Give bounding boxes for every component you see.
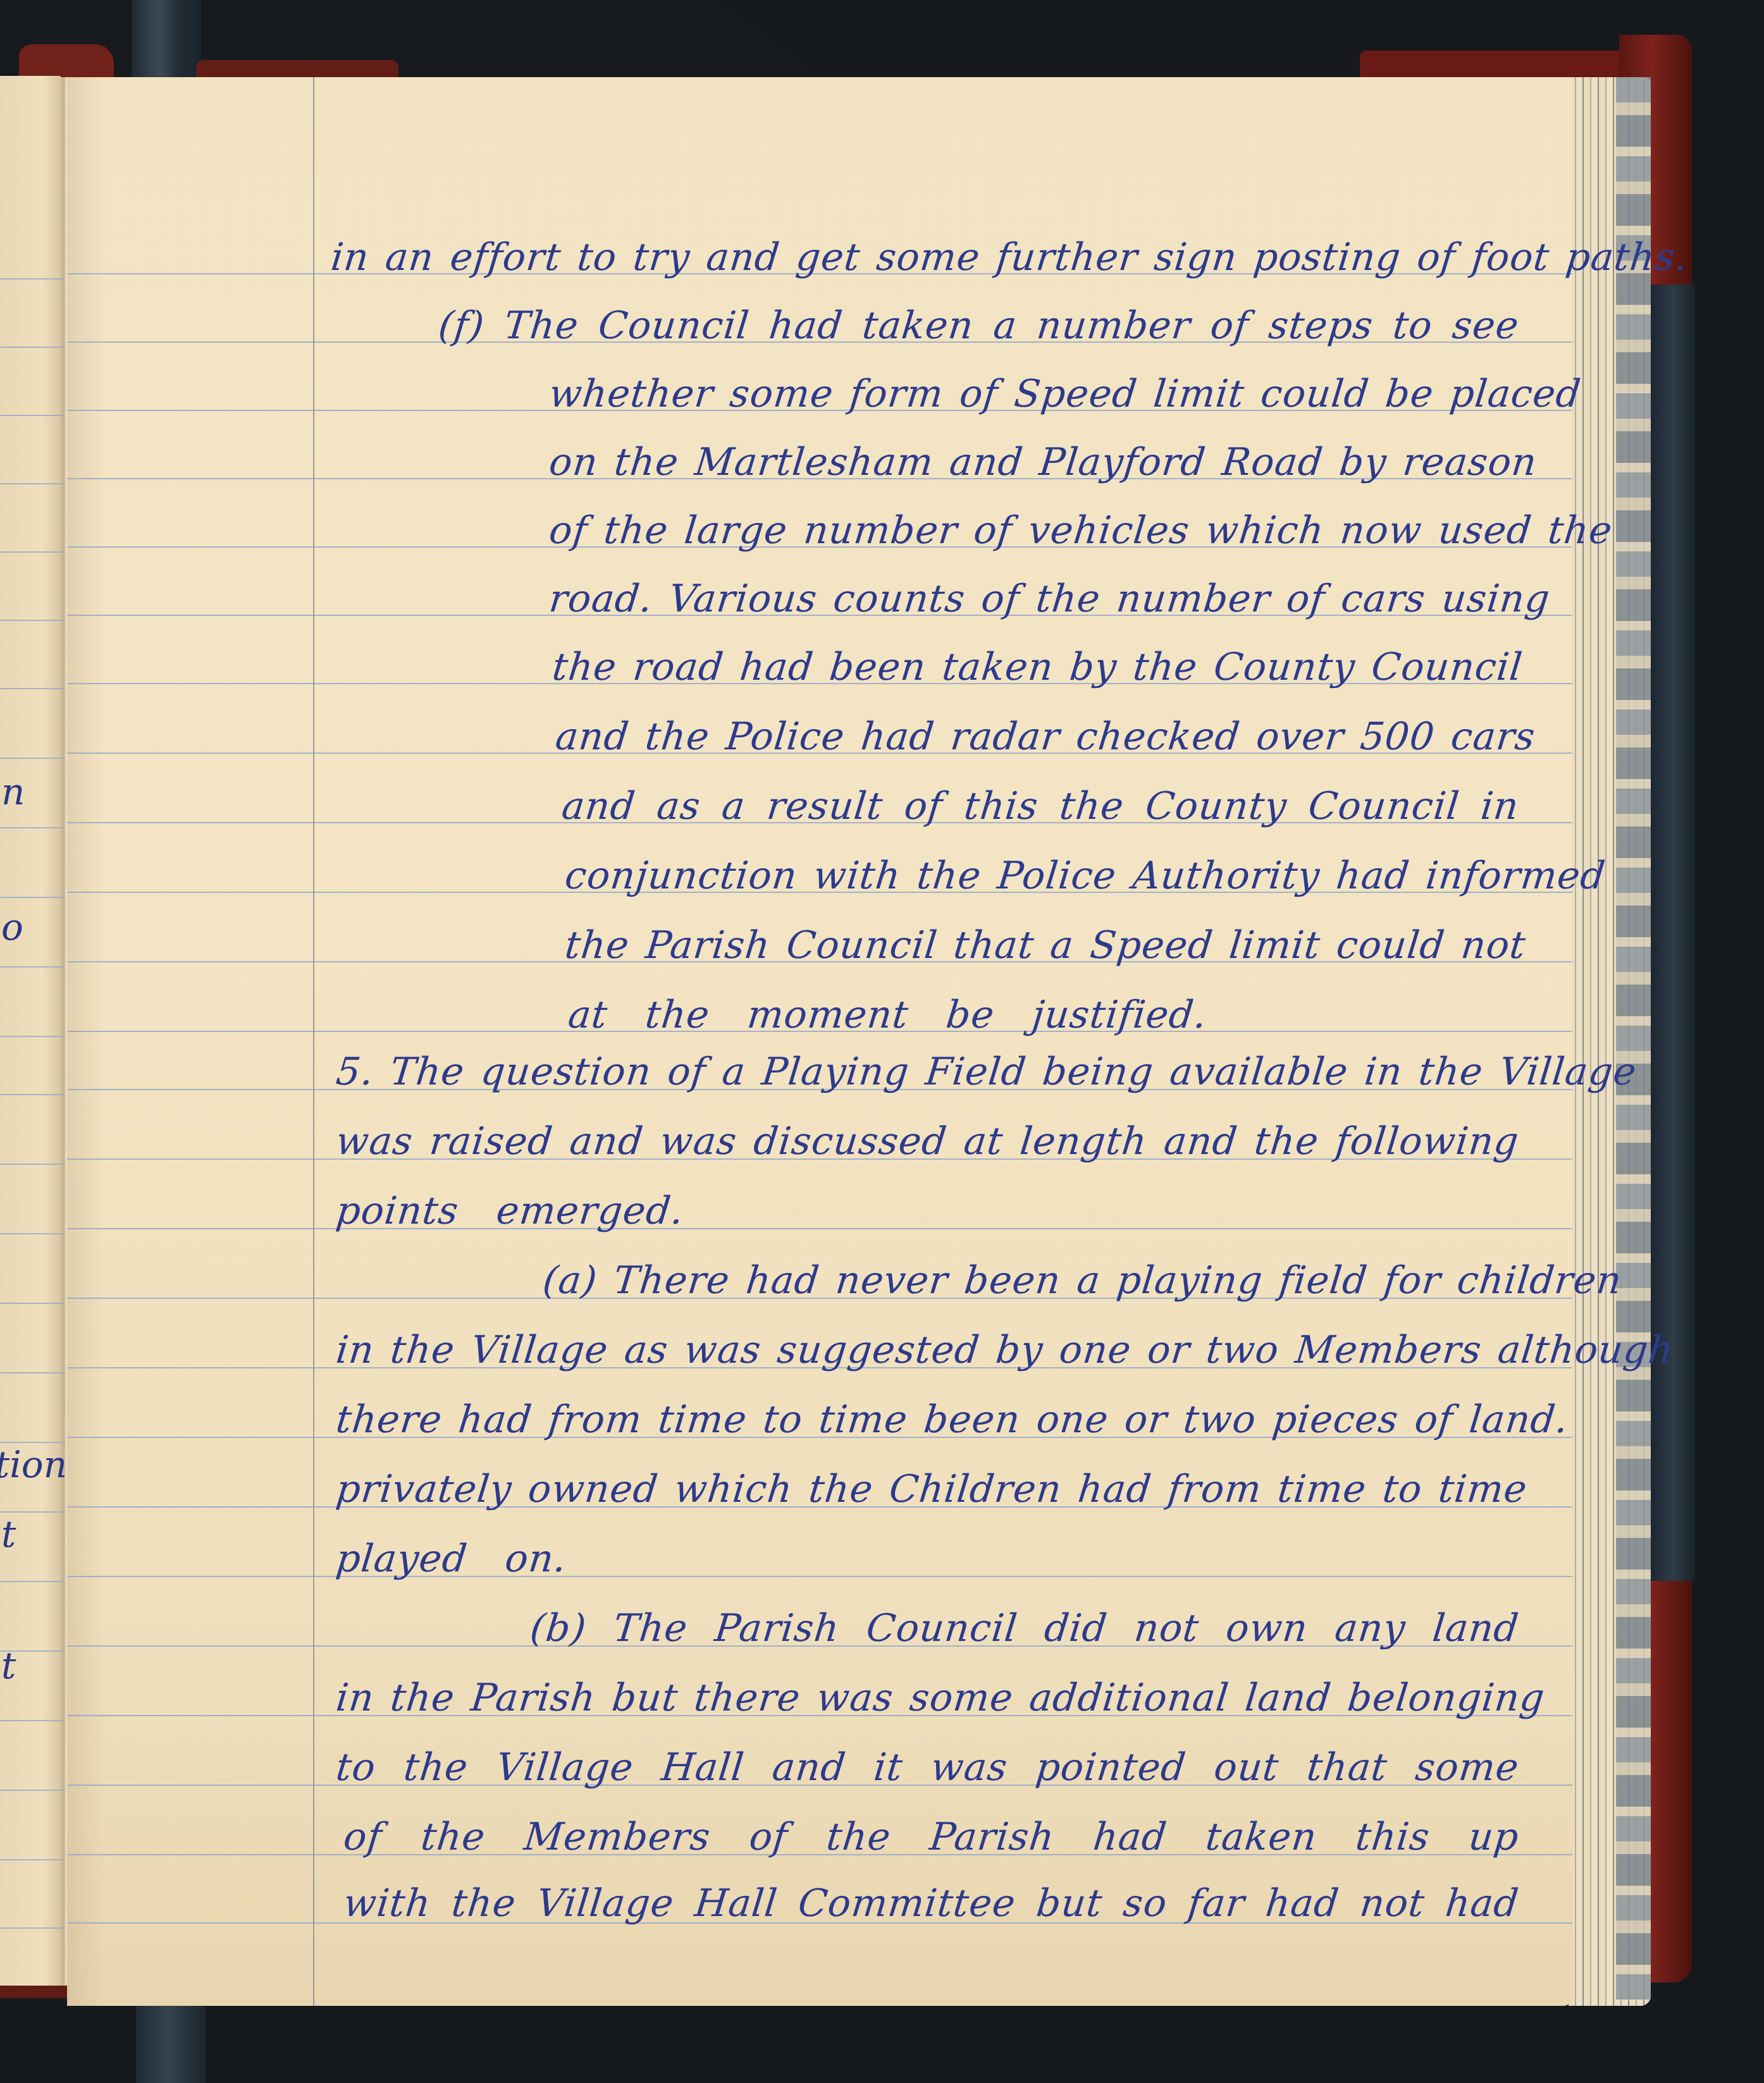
gutter-fold [63, 77, 67, 1984]
left-ruled-line [0, 1036, 63, 1037]
handwritten-line: (f) The Council had taken a number of st… [436, 304, 1521, 348]
left-ruled-line [0, 415, 63, 416]
left-ruled-line [0, 278, 63, 280]
left-page-fragment: t [1, 1644, 16, 1687]
ruled-line [67, 1576, 1572, 1577]
handwritten-line: and the Police had radar checked over 50… [553, 715, 1538, 759]
left-page-fragment: tion [0, 1443, 67, 1486]
left-page-fragment: o [1, 906, 23, 949]
handwritten-line: there had from time to time been one or … [334, 1398, 1570, 1442]
handwritten-line: road. Various counts of the number of ca… [547, 577, 1552, 621]
left-ruled-line [0, 1303, 63, 1304]
left-ruled-line [0, 1372, 63, 1373]
left-ruled-line [0, 897, 63, 898]
handwritten-line: (b) The Parish Council did not own any l… [528, 1606, 1521, 1650]
handwritten-line: (a) There had never been a playing field… [541, 1258, 1624, 1303]
left-ruled-line [0, 688, 63, 689]
handwritten-line: of the Members of the Parish had taken t… [342, 1815, 1521, 1859]
left-ruled-line [0, 1720, 63, 1721]
left-ruled-line [0, 483, 63, 484]
left-ruled-line [0, 551, 63, 553]
handwritten-line: played on. [334, 1537, 569, 1581]
handwritten-line: to the Village Hall and it was pointed o… [334, 1745, 1521, 1790]
handwritten-line: conjunction with the Police Authority ha… [563, 854, 1608, 898]
margin-line [313, 77, 314, 2006]
handwritten-line: and as a result of this the County Counc… [560, 784, 1521, 828]
handwritten-line: in an effort to try and get some further… [329, 235, 1690, 280]
handwritten-line: was raised and was discussed at length a… [334, 1119, 1521, 1164]
handwritten-line: in the Village as was suggested by one o… [334, 1328, 1676, 1372]
left-ruled-line [0, 1790, 63, 1791]
handwritten-line: with the Village Hall Committee but so f… [342, 1881, 1521, 1926]
left-ruled-line [0, 966, 63, 968]
left-ruled-line [0, 620, 63, 621]
bookmark-ribbon-top [132, 0, 201, 79]
handwritten-line: the Parish Council that a Speed limit co… [563, 923, 1528, 968]
handwritten-line: 5. The question of a Playing Field being… [334, 1050, 1639, 1094]
left-page-fragment: n [1, 770, 25, 813]
left-page [0, 76, 61, 1986]
left-ruled-line [0, 1927, 63, 1929]
left-ruled-line [0, 1164, 63, 1165]
left-ruled-line [0, 827, 63, 828]
handwritten-line: points emerged. [334, 1189, 686, 1233]
handwritten-line: on the Martlesham and Playford Road by r… [547, 440, 1539, 484]
left-ruled-line [0, 1094, 63, 1095]
handwritten-line: in the Parish but there was some additio… [334, 1676, 1547, 1720]
handwritten-line: the road had been taken by the County Co… [550, 645, 1525, 689]
left-ruled-line [0, 1859, 63, 1860]
page-stack-marbled-edge [1616, 77, 1651, 2000]
left-ruled-line [0, 1581, 63, 1582]
handwritten-line: of the large number of vehicles which no… [547, 508, 1615, 553]
handwritten-line: whether some form of Speed limit could b… [547, 372, 1583, 416]
left-ruled-line [0, 347, 63, 348]
ruled-line [67, 1228, 1572, 1229]
left-ruled-line [0, 758, 63, 759]
handwritten-line: at the moment be justified. [566, 993, 1209, 1037]
book-spine-cloth [1651, 285, 1695, 1581]
left-page-fragment: t [1, 1513, 16, 1556]
left-ruled-line [0, 1233, 63, 1234]
handwritten-line: privately owned which the Children had f… [334, 1467, 1529, 1511]
